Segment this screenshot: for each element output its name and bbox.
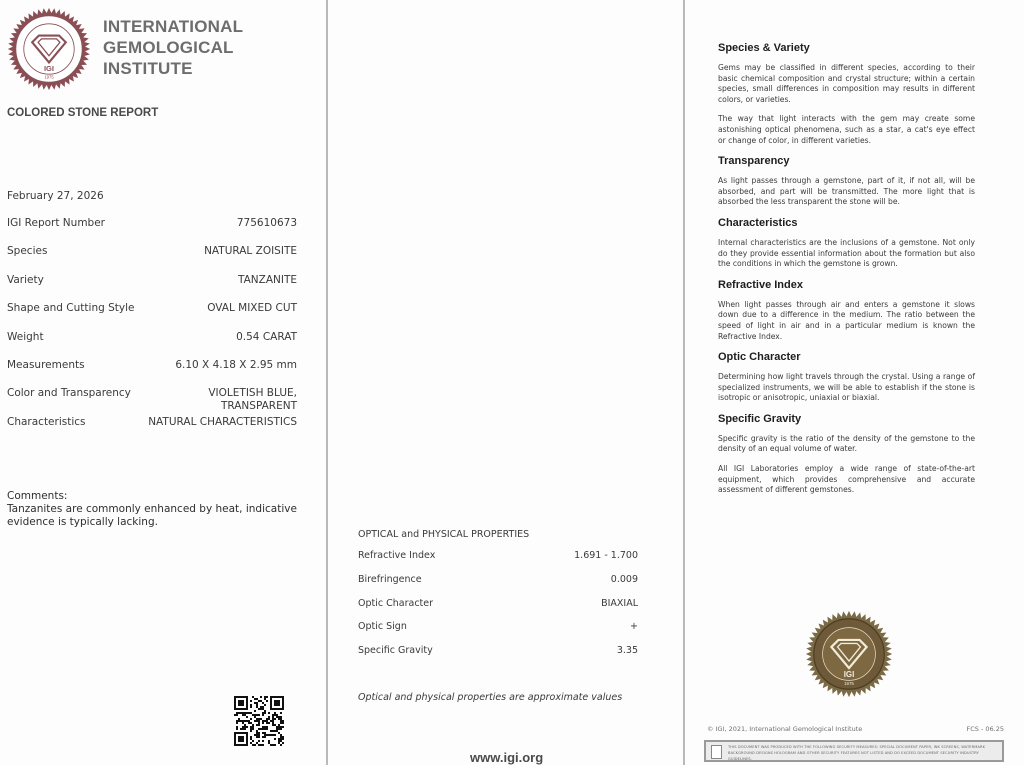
institute-name: INTERNATIONAL GEMOLOGICAL INSTITUTE [103, 16, 243, 79]
report-type-title: COLORED STONE REPORT [7, 107, 158, 119]
field-variety: VarietyTANZANITE [7, 274, 297, 302]
fold-divider [326, 0, 328, 765]
field-measurements: Measurements6.10 X 4.18 X 2.95 mm [7, 359, 297, 387]
comments-section: Comments: Tanzanites are commonly enhanc… [7, 490, 312, 529]
glossary-specific-gravity: Specific Gravity Specific gravity is the… [718, 413, 975, 496]
document-icon [711, 745, 722, 759]
field-report-number: IGI Report Number775610673 [7, 217, 297, 245]
glossary-species-variety: Species & Variety Gems may be classified… [718, 42, 975, 146]
website-link[interactable]: www.igi.org [470, 750, 543, 765]
field-optic-character: Optic CharacterBIAXIAL [358, 598, 638, 622]
field-optic-sign: Optic Sign+ [358, 621, 638, 645]
svg-text:IGI: IGI [44, 64, 54, 73]
igi-seal-logo-icon: IGI 1975 [7, 7, 91, 91]
optical-properties-title: OPTICAL and PHYSICAL PROPERTIES [358, 529, 529, 540]
gold-seal-icon: IGI 1975 [805, 610, 893, 698]
report-date: February 27, 2026 [7, 190, 104, 202]
security-notice-text: THIS DOCUMENT WAS PRODUCED WITH THE FOLL… [728, 744, 998, 762]
fold-divider [683, 0, 685, 765]
glossary-characteristics: Characteristics Internal characteristics… [718, 217, 975, 270]
glossary-transparency: Transparency As light passes through a g… [718, 155, 975, 208]
security-notice-box: THIS DOCUMENT WAS PRODUCED WITH THE FOLL… [704, 740, 1004, 762]
field-color-transparency: Color and TransparencyVIOLETISH BLUE, TR… [7, 387, 297, 415]
field-characteristics: CharacteristicsNATURAL CHARACTERISTICS [7, 416, 297, 444]
comments-label: Comments: [7, 490, 312, 503]
comments-text: Tanzanites are commonly enhanced by heat… [7, 503, 312, 529]
glossary-refractive-index: Refractive Index When light passes throu… [718, 279, 975, 342]
glossary-optic-character: Optic Character Determining how light tr… [718, 351, 975, 404]
svg-text:IGI: IGI [844, 670, 855, 679]
field-weight: Weight0.54 CARAT [7, 331, 297, 359]
approximate-values-note: Optical and physical properties are appr… [358, 692, 622, 703]
glossary-sections: Species & Variety Gems may be classified… [718, 42, 975, 505]
field-birefringence: Birefringence0.009 [358, 574, 638, 598]
field-refractive-index: Refractive Index1.691 - 1.700 [358, 550, 638, 574]
field-shape-cut: Shape and Cutting StyleOVAL MIXED CUT [7, 302, 297, 330]
form-code: FCS - 06.25 [967, 725, 1005, 733]
field-species: SpeciesNATURAL ZOISITE [7, 245, 297, 273]
svg-text:1975: 1975 [844, 681, 854, 686]
copyright-text: © IGI, 2021, International Gemological I… [707, 725, 862, 733]
svg-text:1975: 1975 [44, 74, 54, 79]
optical-fields: Refractive Index1.691 - 1.700 Birefringe… [358, 550, 638, 669]
field-specific-gravity: Specific Gravity3.35 [358, 645, 638, 669]
report-fields: IGI Report Number775610673 SpeciesNATURA… [7, 217, 297, 444]
qr-code-icon[interactable] [234, 696, 284, 746]
